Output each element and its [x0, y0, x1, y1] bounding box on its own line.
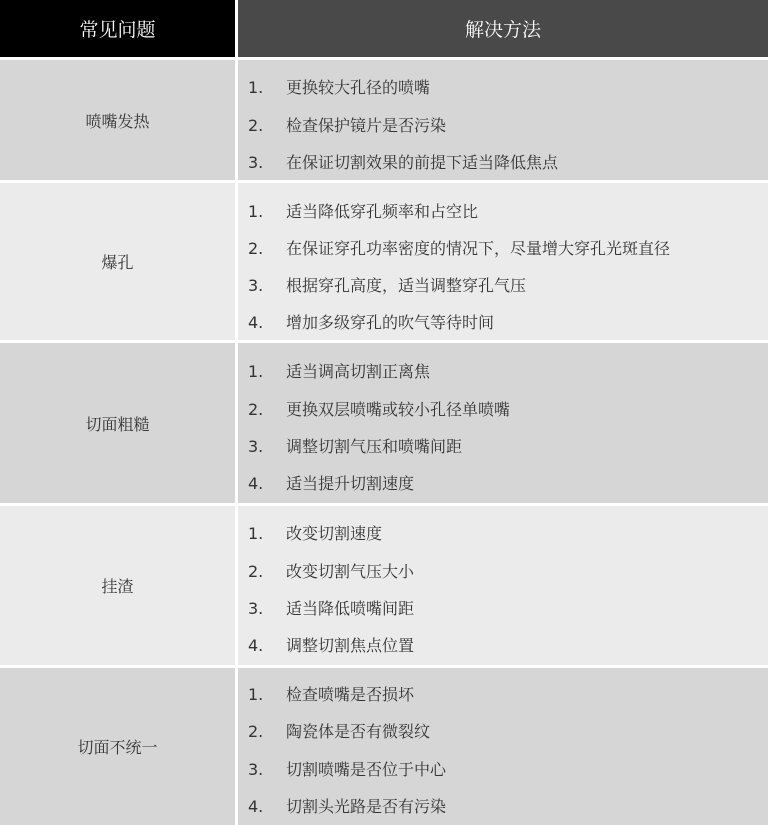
- header-cell-solution: 解决方法: [238, 0, 768, 57]
- header-label-problem: 常见问题: [79, 15, 155, 42]
- problem-label: 切面不统一: [77, 735, 157, 758]
- item-text: 在保证切割效果的前提下适当降低焦点: [286, 153, 558, 172]
- item-text: 切割头光路是否有污染: [286, 797, 446, 816]
- table-row: 爆孔 1.适当降低穿孔频率和占空比 2.在保证穿孔功率密度的情况下，尽量增大穿孔…: [0, 183, 768, 340]
- problem-label: 挂渣: [101, 574, 133, 597]
- item-text: 适当降低喷嘴间距: [286, 599, 414, 618]
- solution-item: 4.调整切割焦点位置: [248, 636, 414, 656]
- item-number: 2.: [248, 722, 286, 742]
- item-text: 改变切割气压大小: [286, 562, 414, 581]
- solution-item: 1.适当降低穿孔频率和占空比: [248, 202, 478, 222]
- solution-item: 2.检查保护镜片是否污染: [248, 116, 446, 136]
- solution-item: 2.在保证穿孔功率密度的情况下，尽量增大穿孔光斑直径: [248, 239, 670, 259]
- table-row: 切面不统一 1.检查喷嘴是否损坏 2.陶瓷体是否有微裂纹 3.切割喷嘴是否位于中…: [0, 668, 768, 825]
- item-number: 3.: [248, 437, 286, 457]
- item-number: 2.: [248, 562, 286, 582]
- item-number: 4.: [248, 313, 286, 333]
- solution-cell: 1.更换较大孔径的喷嘴 2.检查保护镜片是否污染 3.在保证切割效果的前提下适当…: [238, 60, 768, 180]
- table-header: 常见问题 解决方法: [0, 0, 768, 57]
- item-number: 4.: [248, 797, 286, 817]
- solution-item: 2.改变切割气压大小: [248, 562, 414, 582]
- problem-cell: 切面不统一: [0, 668, 235, 825]
- item-text: 调整切割焦点位置: [286, 636, 414, 655]
- problem-label: 爆孔: [101, 250, 133, 273]
- solution-cell: 1.改变切割速度 2.改变切割气压大小 3.适当降低喷嘴间距 4.调整切割焦点位…: [238, 506, 768, 665]
- item-number: 1.: [248, 78, 286, 98]
- table-row: 切面粗糙 1.适当调高切割正离焦 2.更换双层喷嘴或较小孔径单喷嘴 3.调整切割…: [0, 343, 768, 503]
- item-number: 3.: [248, 153, 286, 173]
- table-row: 喷嘴发热 1.更换较大孔径的喷嘴 2.检查保护镜片是否污染 3.在保证切割效果的…: [0, 60, 768, 180]
- item-text: 检查保护镜片是否污染: [286, 116, 446, 135]
- item-number: 2.: [248, 239, 286, 259]
- solution-item: 1.更换较大孔径的喷嘴: [248, 78, 430, 98]
- item-text: 根据穿孔高度，适当调整穿孔气压: [286, 276, 526, 295]
- problem-cell: 喷嘴发热: [0, 60, 235, 180]
- solution-item: 3.根据穿孔高度，适当调整穿孔气压: [248, 276, 526, 296]
- item-text: 更换较大孔径的喷嘴: [286, 78, 430, 97]
- item-number: 1.: [248, 685, 286, 705]
- solution-cell: 1.适当降低穿孔频率和占空比 2.在保证穿孔功率密度的情况下，尽量增大穿孔光斑直…: [238, 183, 768, 340]
- solution-item: 3.调整切割气压和喷嘴间距: [248, 437, 462, 457]
- problem-cell: 挂渣: [0, 506, 235, 665]
- item-text: 增加多级穿孔的吹气等待时间: [286, 313, 494, 332]
- item-number: 3.: [248, 276, 286, 296]
- solution-cell: 1.适当调高切割正离焦 2.更换双层喷嘴或较小孔径单喷嘴 3.调整切割气压和喷嘴…: [238, 343, 768, 503]
- solution-item: 4.增加多级穿孔的吹气等待时间: [248, 313, 494, 333]
- item-text: 改变切割速度: [286, 524, 382, 543]
- solution-item: 1.检查喷嘴是否损坏: [248, 685, 414, 705]
- item-text: 检查喷嘴是否损坏: [286, 685, 414, 704]
- item-text: 适当提升切割速度: [286, 474, 414, 493]
- solution-item: 1.适当调高切割正离焦: [248, 362, 430, 382]
- item-text: 更换双层喷嘴或较小孔径单喷嘴: [286, 400, 510, 419]
- item-text: 适当降低穿孔频率和占空比: [286, 202, 478, 221]
- solution-item: 1.改变切割速度: [248, 524, 382, 544]
- solution-item: 3.切割喷嘴是否位于中心: [248, 760, 446, 780]
- problem-label: 喷嘴发热: [85, 109, 149, 132]
- problem-label: 切面粗糙: [85, 412, 149, 435]
- item-number: 1.: [248, 202, 286, 222]
- item-number: 1.: [248, 524, 286, 544]
- table-row: 挂渣 1.改变切割速度 2.改变切割气压大小 3.适当降低喷嘴间距 4.调整切割…: [0, 506, 768, 665]
- solution-item: 2.陶瓷体是否有微裂纹: [248, 722, 430, 742]
- item-text: 陶瓷体是否有微裂纹: [286, 722, 430, 741]
- header-cell-problem: 常见问题: [0, 0, 235, 57]
- problem-cell: 爆孔: [0, 183, 235, 340]
- item-text: 适当调高切割正离焦: [286, 362, 430, 381]
- item-number: 4.: [248, 636, 286, 656]
- item-number: 1.: [248, 362, 286, 382]
- item-number: 2.: [248, 400, 286, 420]
- solution-item: 4.适当提升切割速度: [248, 474, 414, 494]
- item-number: 3.: [248, 599, 286, 619]
- item-number: 3.: [248, 760, 286, 780]
- item-text: 切割喷嘴是否位于中心: [286, 760, 446, 779]
- solution-item: 3.适当降低喷嘴间距: [248, 599, 414, 619]
- header-label-solution: 解决方法: [465, 15, 541, 42]
- item-text: 调整切割气压和喷嘴间距: [286, 437, 462, 456]
- problem-cell: 切面粗糙: [0, 343, 235, 503]
- solution-item: 2.更换双层喷嘴或较小孔径单喷嘴: [248, 400, 510, 420]
- item-text: 在保证穿孔功率密度的情况下，尽量增大穿孔光斑直径: [286, 239, 670, 258]
- item-number: 2.: [248, 116, 286, 136]
- solution-item: 3.在保证切割效果的前提下适当降低焦点: [248, 153, 558, 173]
- item-number: 4.: [248, 474, 286, 494]
- solution-item: 4.切割头光路是否有污染: [248, 797, 446, 817]
- solution-cell: 1.检查喷嘴是否损坏 2.陶瓷体是否有微裂纹 3.切割喷嘴是否位于中心 4.切割…: [238, 668, 768, 825]
